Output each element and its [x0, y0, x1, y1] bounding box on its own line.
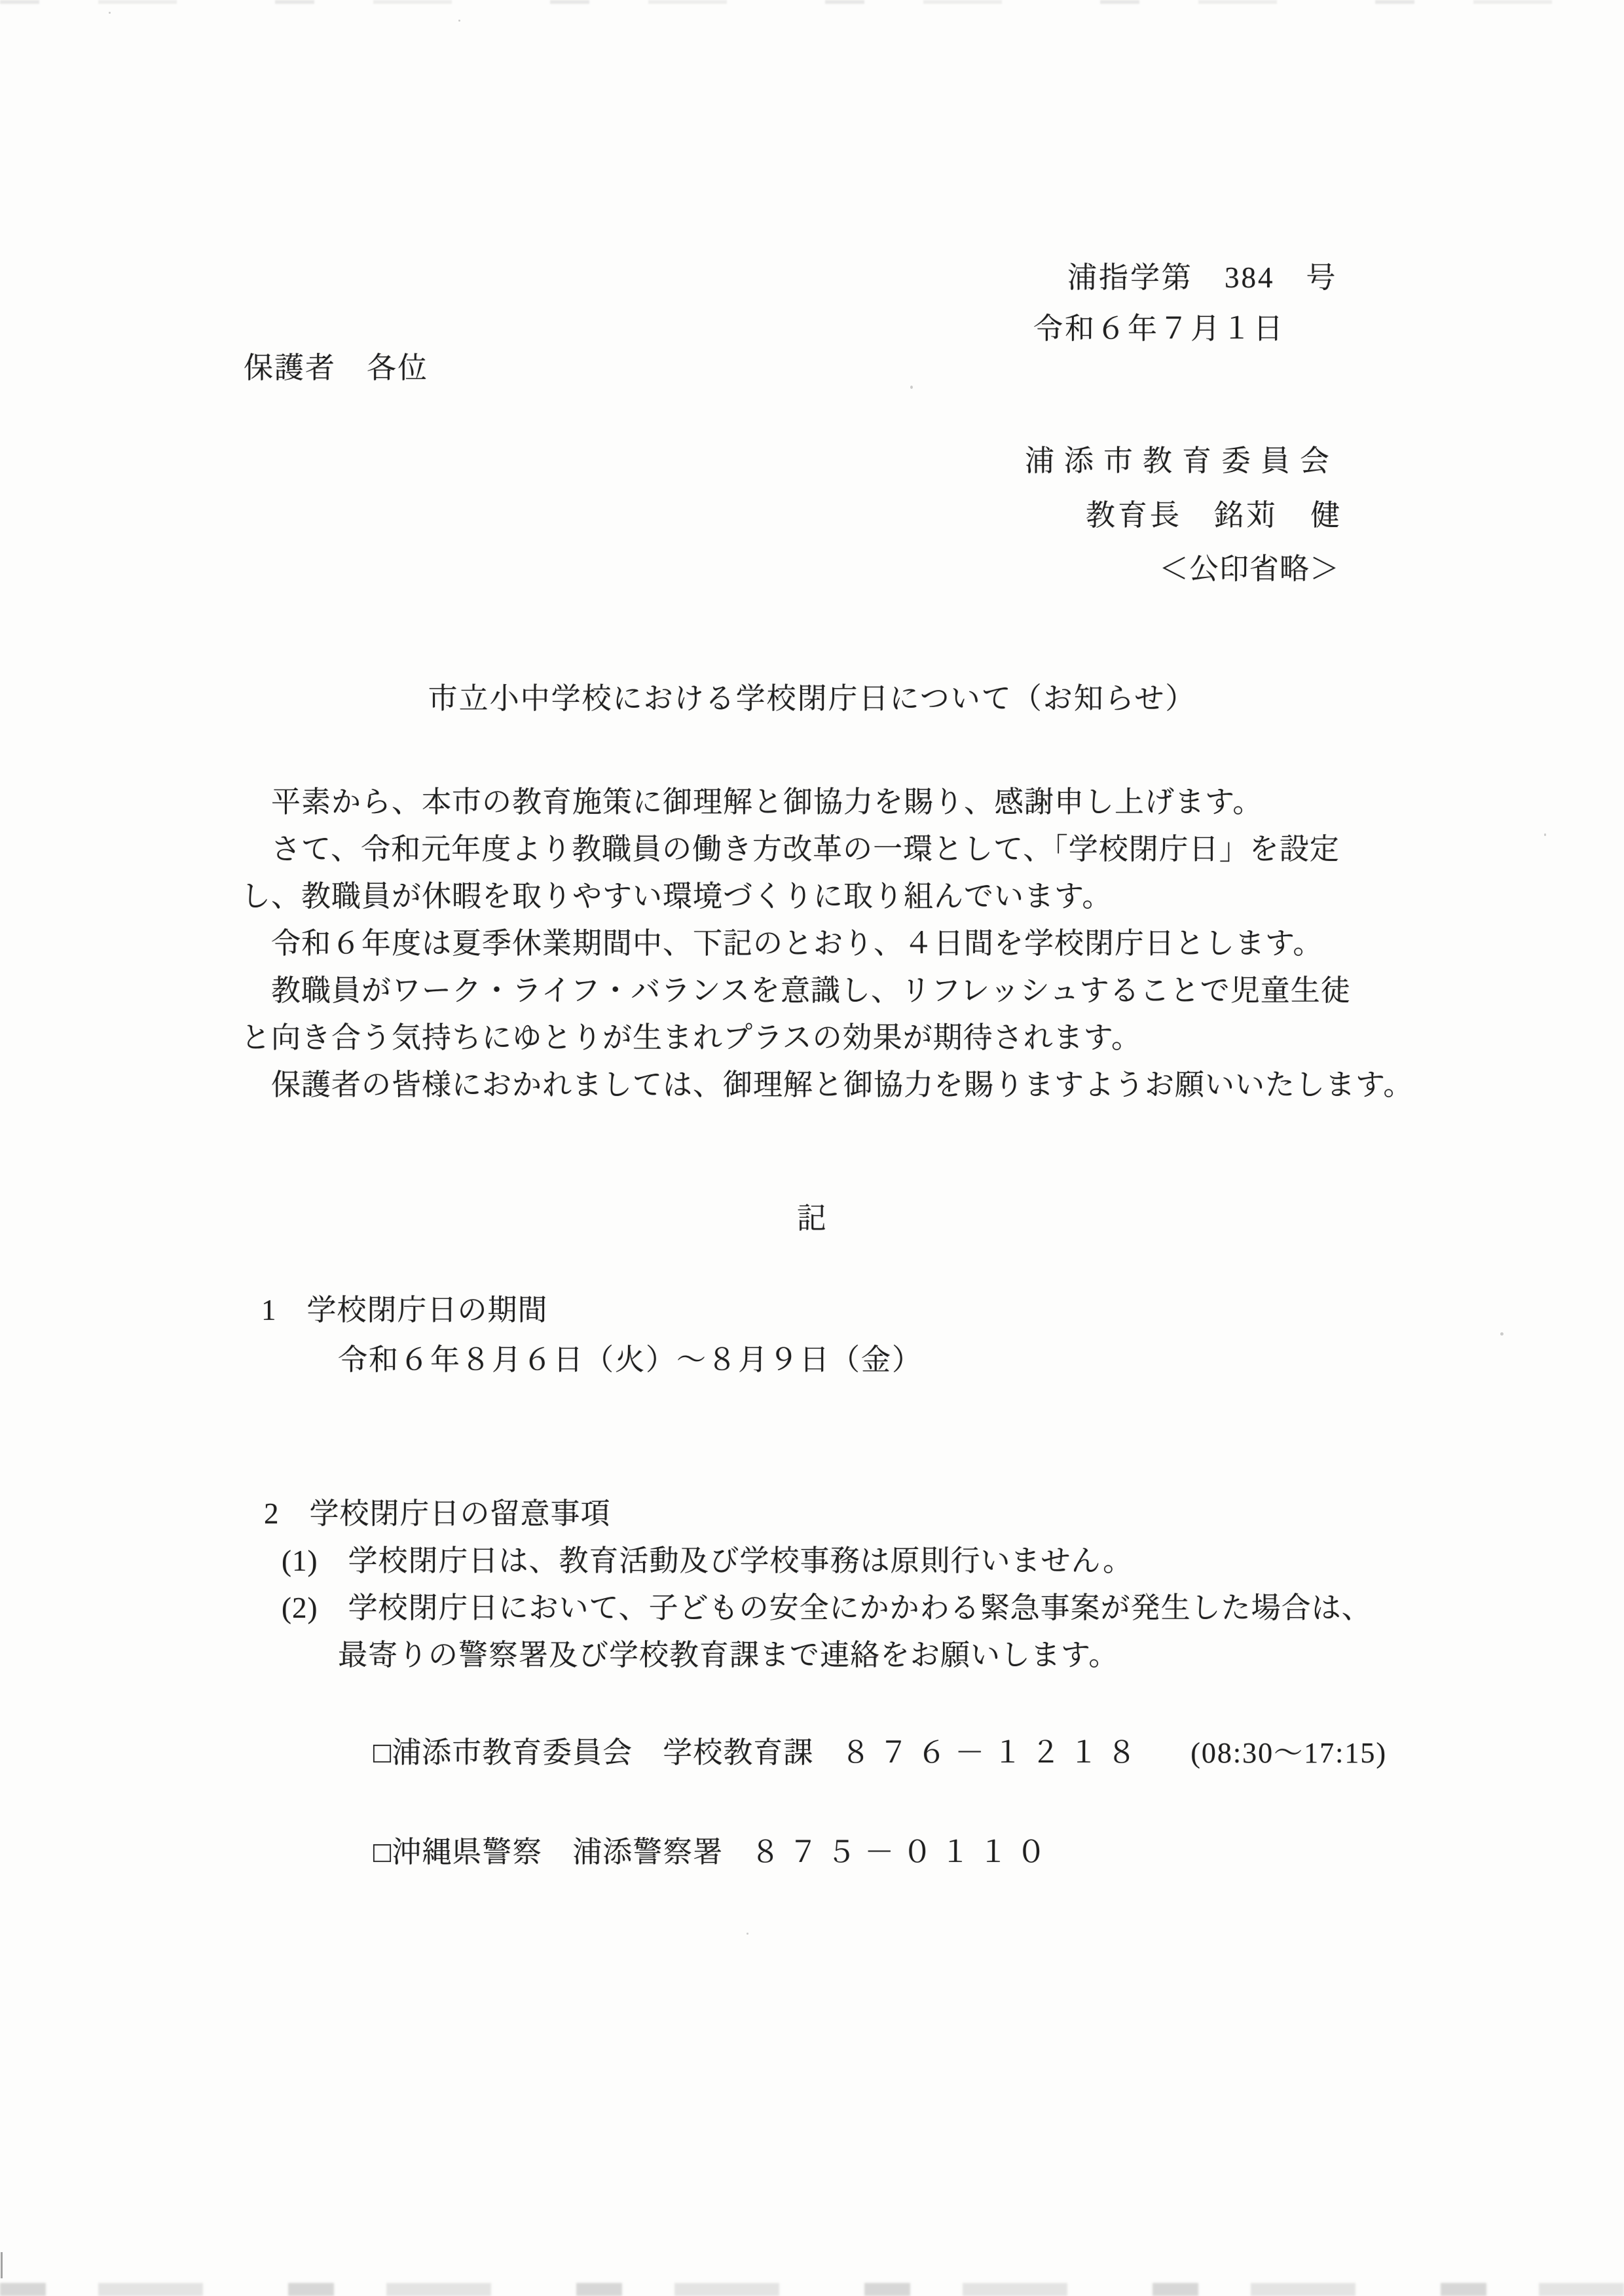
- body-line: 教職員がワーク・ライフ・バランスを意識し、リフレッシュすることで児童生徒: [241, 967, 1413, 1014]
- body-line: さて、令和元年度より教職員の働き方改革の一環として、「学校閉庁日」を設定: [241, 826, 1413, 873]
- section2-item1: (1) 学校閉庁日は、教育活動及び学校事務は原則行いません。: [282, 1542, 1133, 1580]
- scan-edge-artifact-top: [0, 0, 1624, 4]
- contact-line-police: □沖縄県警察 浦添警察署８７５－０１１０: [373, 1833, 1054, 1871]
- scan-speck: [458, 20, 460, 22]
- section2-item2-line2: 最寄りの警察署及び学校教育課まで連絡をお願いします。: [338, 1636, 1118, 1674]
- checkbox-glyph: □: [373, 1736, 392, 1769]
- sender-title-and-name: 教育長 銘苅 健: [1086, 496, 1342, 534]
- contact-organization: 浦添市教育委員会 学校教育課: [392, 1736, 813, 1769]
- scan-edge-artifact-left: [1, 2252, 3, 2278]
- section1-heading: 1 学校閉庁日の期間: [261, 1291, 548, 1329]
- body-line: 令和６年度は夏季休業期間中、下記のとおり、４日間を学校閉庁日とします。: [241, 920, 1413, 967]
- body-line: し、教職員が休暇を取りやすい環境づくりに取り組んでいます。: [241, 873, 1413, 920]
- scan-speck: [109, 12, 111, 14]
- seal-omission-note: ＜公印省略＞: [1159, 550, 1340, 588]
- contact-line-education: □浦添市教育委員会 学校教育課８７６－１２１８(08:30～17:15): [373, 1734, 1387, 1772]
- sender-organization: 浦添市教育委員会: [1025, 442, 1339, 480]
- section2-item2-line1: (2) 学校閉庁日において、子どもの安全にかかわる緊急事案が発生した場合は、: [282, 1589, 1372, 1627]
- scan-edge-artifact-bottom: [0, 2283, 1624, 2296]
- contact-hours: (08:30～17:15): [1190, 1737, 1387, 1769]
- scan-speck: [910, 386, 913, 389]
- scan-speck: [747, 1933, 748, 1935]
- scan-speck: [1500, 1332, 1504, 1336]
- checkbox-glyph: □: [373, 1836, 392, 1868]
- contact-phone: ８７６－１２１８: [841, 1736, 1145, 1769]
- document-title: 市立小中学校における学校閉庁日について（お知らせ）: [0, 680, 1624, 718]
- body-paragraphs: 平素から、本市の教育施策に御理解と御協力を賜り、感謝申し上げます。 さて、令和元…: [241, 778, 1413, 1108]
- section2-heading: 2 学校閉庁日の留意事項: [264, 1495, 611, 1533]
- scan-speck: [1544, 833, 1546, 836]
- notation-marker: 記: [0, 1199, 1624, 1237]
- doc-number: 浦指学第 384 号: [1067, 259, 1338, 297]
- contact-phone: ８７５－０１１０: [750, 1836, 1054, 1868]
- scanned-document-page: 浦指学第 384 号 令和６年７月１日 保護者 各位 浦添市教育委員会 教育長 …: [0, 0, 1624, 2296]
- section1-closure-period: 令和６年８月６日（火）～８月９日（金）: [338, 1341, 923, 1379]
- contact-organization: 沖縄県警察 浦添警察署: [392, 1836, 723, 1868]
- issue-date: 令和６年７月１日: [1033, 310, 1285, 348]
- body-line: 平素から、本市の教育施策に御理解と御協力を賜り、感謝申し上げます。: [241, 778, 1413, 826]
- body-line: 保護者の皆様におかれましては、御理解と御協力を賜りますようお願いいたします。: [241, 1061, 1413, 1108]
- body-line: と向き合う気持ちにゆとりが生まれプラスの効果が期待されます。: [241, 1014, 1413, 1061]
- addressee: 保護者 各位: [244, 349, 428, 387]
